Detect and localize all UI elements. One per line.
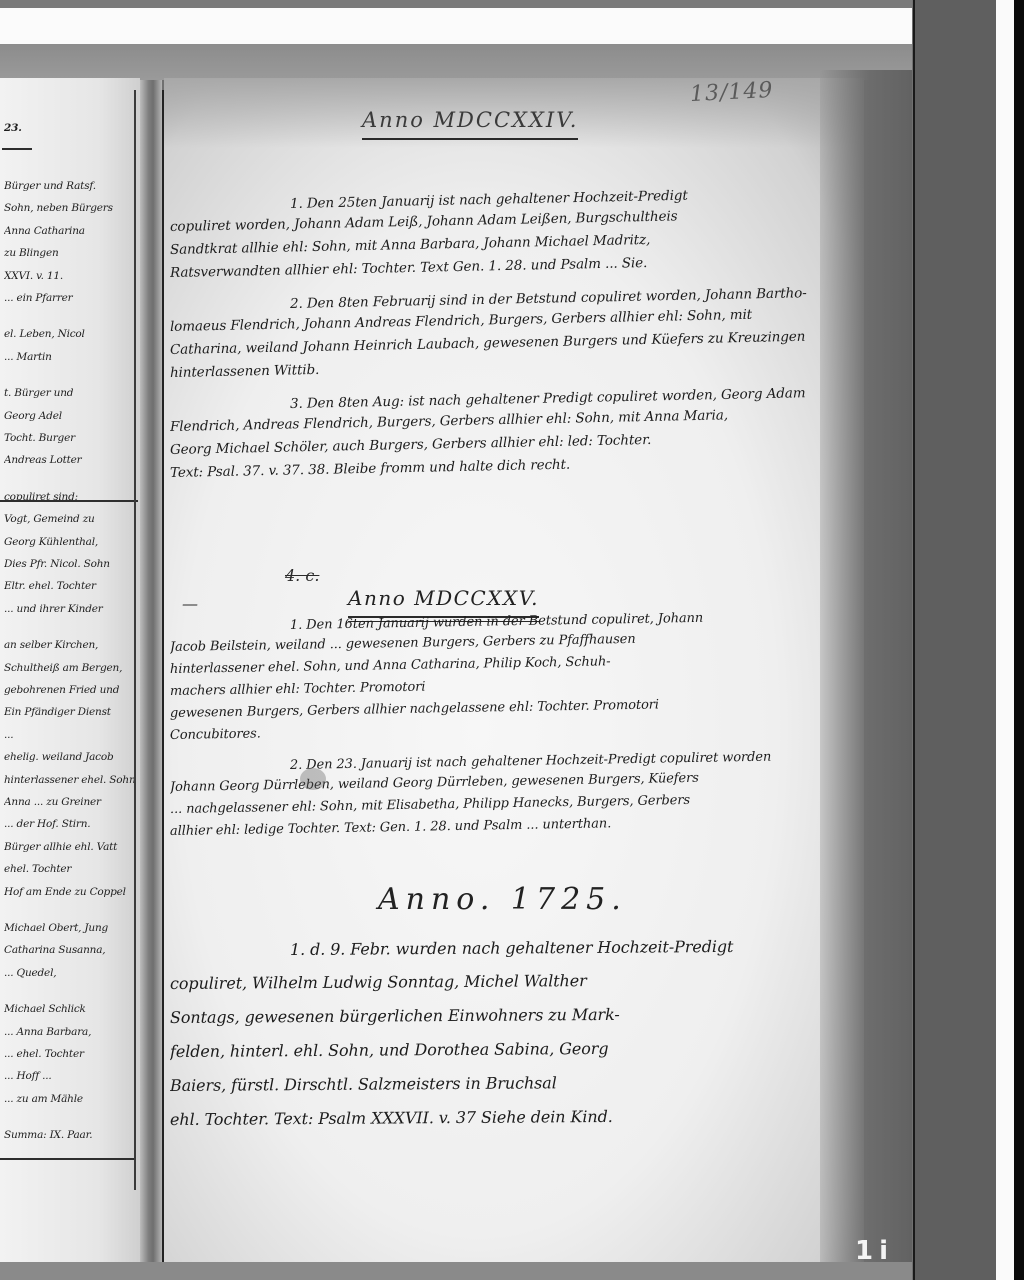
left-page-line: Georg Kühlenthal, bbox=[4, 536, 136, 548]
left-page-line: Summa: IX. Paar. bbox=[4, 1129, 136, 1141]
scan-black-edge bbox=[1014, 0, 1024, 1280]
left-page-line: Andreas Lotter bbox=[4, 454, 136, 466]
left-page-line: Sohn, neben Bürgers bbox=[4, 202, 136, 214]
heading-anno-1725-roman: Anno MDCCXXV. bbox=[348, 586, 539, 610]
heading-anno-1725: Anno. 1725. bbox=[378, 882, 627, 917]
left-page-line: zu Blingen bbox=[4, 247, 136, 259]
left-page-line: Anna Catharina bbox=[4, 225, 136, 237]
margin-note: 4. c. bbox=[285, 566, 319, 585]
page-number: 13/149 bbox=[689, 78, 774, 107]
left-page-margin-rule bbox=[134, 90, 136, 1190]
scanner-board bbox=[913, 0, 998, 1280]
divider bbox=[0, 500, 138, 502]
book-gutter bbox=[140, 80, 162, 1262]
left-page-line: XXVI. v. 11. bbox=[4, 270, 136, 282]
left-page-line: ... Quedel, bbox=[4, 967, 136, 979]
left-page-line: gebohrenen Fried und bbox=[4, 684, 136, 696]
left-page-header: 23. bbox=[4, 122, 136, 134]
heading-text: Anno MDCCXXIV. bbox=[362, 108, 578, 132]
left-page-line: t. Bürger und bbox=[4, 387, 136, 399]
left-page-line: Bürger allhie ehl. Vatt bbox=[4, 841, 136, 853]
left-page-line: Anna ... zu Greiner bbox=[4, 796, 136, 808]
scan-white-edge bbox=[996, 0, 1014, 1280]
left-page-line: Schultheiß am Bergen, bbox=[4, 662, 136, 674]
left-page-line: Bürger und Ratsf. bbox=[4, 180, 136, 192]
left-page-line: Eltr. ehel. Tochter bbox=[4, 580, 136, 592]
left-page-line: ... ehel. Tochter bbox=[4, 1048, 136, 1060]
register-line: 1. d. 9. Febr. wurden nach gehaltener Ho… bbox=[290, 936, 840, 959]
paper-top-margin bbox=[0, 8, 912, 46]
left-page-line: hinterlassener ehel. Sohn. und bbox=[4, 774, 136, 786]
heading-underline bbox=[362, 138, 578, 140]
left-page-line: Tocht. Burger bbox=[4, 432, 136, 444]
heading-anno-1724: Anno MDCCXXIV. bbox=[362, 108, 578, 132]
left-page-line: Catharina Susanna, bbox=[4, 944, 136, 956]
left-page-line: ... Martin bbox=[4, 351, 136, 363]
left-page-line: ... ein Pfarrer bbox=[4, 292, 136, 304]
left-page-line: Hof am Ende zu Coppel bbox=[4, 886, 136, 898]
page-bottom-shadow bbox=[0, 1262, 912, 1280]
left-page-line: ... bbox=[4, 729, 136, 741]
left-page-line: Michael Schlick bbox=[4, 1003, 136, 1015]
left-page-line: ehel. Tochter bbox=[4, 863, 136, 875]
margin-dash: — bbox=[182, 594, 198, 613]
left-page-line: Vogt, Gemeind zu bbox=[4, 513, 136, 525]
ink-stain bbox=[300, 768, 326, 790]
left-page-line: an selber Kirchen, bbox=[4, 639, 136, 651]
left-page-line: ... Hoff ... bbox=[4, 1070, 136, 1082]
left-page-line: Georg Adel bbox=[4, 410, 136, 422]
left-page-line: Dies Pfr. Nicol. Sohn bbox=[4, 558, 136, 570]
left-page-line: ... der Hof. Stirn. bbox=[4, 818, 136, 830]
page-right-shadow bbox=[820, 70, 912, 1280]
heading-text: Anno MDCCXXV. bbox=[348, 586, 539, 610]
left-page-line: Ein Pfändiger Dienst bbox=[4, 706, 136, 718]
left-page-line: ... und ihrer Kinder bbox=[4, 603, 136, 615]
divider bbox=[0, 1158, 134, 1160]
page-top-shadow bbox=[0, 44, 912, 80]
left-page-line: el. Leben, Nicol bbox=[4, 328, 136, 340]
divider bbox=[2, 148, 32, 150]
left-page-line: ... zu am Mähle bbox=[4, 1093, 136, 1105]
left-page-line: Michael Obert, Jung bbox=[4, 922, 136, 934]
left-page-line: ehelig. weiland Jacob bbox=[4, 751, 136, 763]
corner-mark: 1i bbox=[855, 1236, 894, 1266]
left-page-line: ... Anna Barbara, bbox=[4, 1026, 136, 1038]
